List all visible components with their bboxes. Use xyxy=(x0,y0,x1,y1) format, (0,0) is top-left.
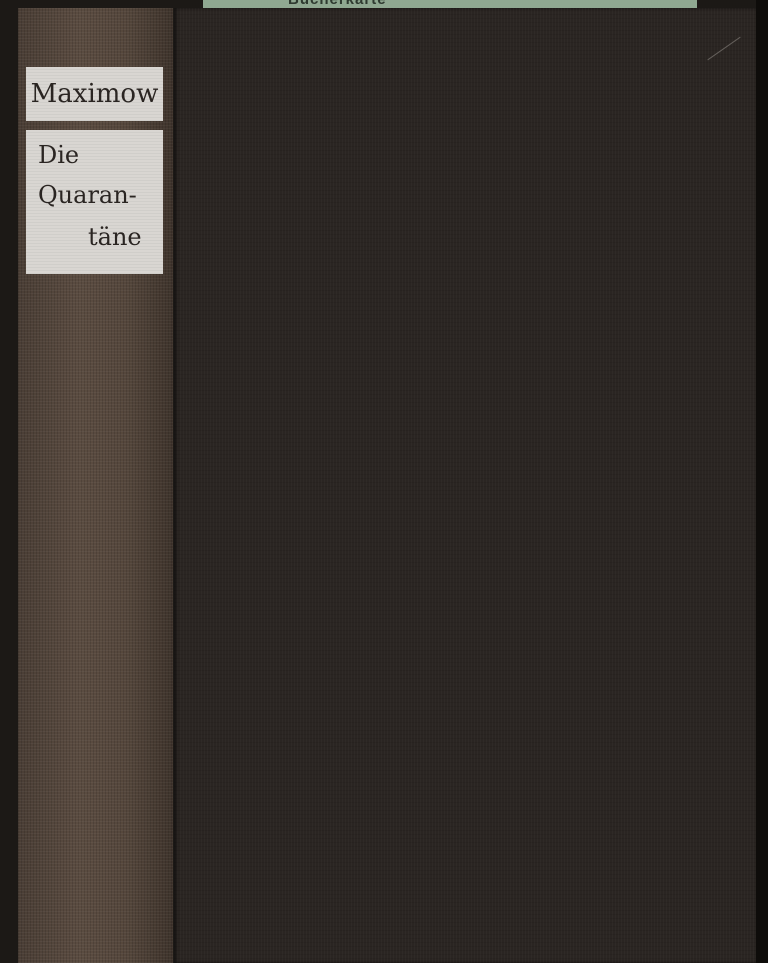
book-edge-shadow xyxy=(756,0,768,963)
book-spine: Maximow Die Quaran- täne xyxy=(18,8,173,963)
title-line-2: Quaran- xyxy=(38,180,137,210)
book-cover xyxy=(174,8,756,963)
title-line-1: Die xyxy=(38,140,79,170)
title-line-3: täne xyxy=(88,222,142,252)
author-label: Maximow xyxy=(26,67,163,121)
cover-scratch xyxy=(707,37,740,61)
library-card-text: Bücherkarte xyxy=(288,0,387,8)
title-label: Die Quaran- täne xyxy=(26,130,163,274)
